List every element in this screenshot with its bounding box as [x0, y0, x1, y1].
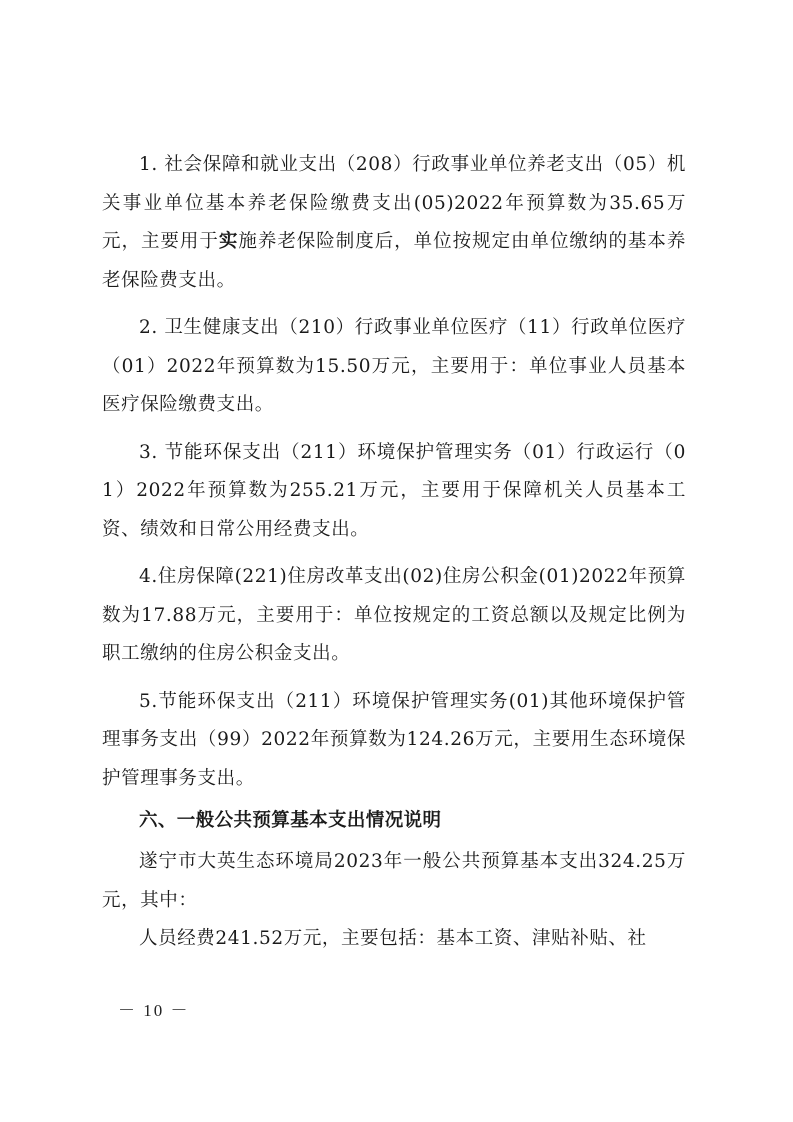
budget-item-4: 4.住房保障(221)住房改革支出(02)住房公积金(01)2022年预算数为1… [102, 558, 686, 674]
document-body: 1. 社会保障和就业支出（208）行政事业单位养老支出（05）机关事业单位基本养… [102, 146, 686, 959]
item-text: 住房保障(221)住房改革支出(02)住房公积金(01)2022年预算数为17.… [102, 566, 686, 664]
item-number: 4. [139, 566, 158, 587]
item-number: 2. [139, 317, 158, 338]
bold-character: 实 [219, 231, 238, 252]
page-number: － 10 － [118, 996, 190, 1021]
section-paragraph-total: 遂宁市大英生态环境局2023年一般公共预算基本支出324.25万元，其中： [102, 843, 686, 920]
document-page: 1. 社会保障和就业支出（208）行政事业单位养老支出（05）机关事业单位基本养… [0, 0, 793, 1122]
budget-item-1: 1. 社会保障和就业支出（208）行政事业单位养老支出（05）机关事业单位基本养… [102, 146, 686, 300]
item-text: 卫生健康支出（210）行政事业单位医疗（11）行政单位医疗（01）2022年预算… [102, 317, 686, 415]
budget-item-2: 2. 卫生健康支出（210）行政事业单位医疗（11）行政单位医疗（01）2022… [102, 309, 686, 425]
budget-item-5: 5.节能环保支出（211）环境保护管理实务(01)其他环境保护管理事务支出（99… [102, 683, 686, 799]
item-number: 5. [139, 691, 158, 712]
section-heading: 六、一般公共预算基本支出情况说明 [102, 802, 686, 840]
section-paragraph-personnel: 人员经费241.52万元，主要包括：基本工资、津贴补贴、社 [102, 920, 686, 959]
item-number: 1. [139, 154, 158, 175]
item-text: 节能环保支出（211）环境保护管理实务(01)其他环境保护管理事务支出（99）2… [102, 691, 686, 789]
budget-item-3: 3. 节能环保支出（211）环境保护管理实务（01）行政运行（01）2022年预… [102, 434, 686, 550]
item-text: 节能环保支出（211）环境保护管理实务（01）行政运行（01）2022年预算数为… [102, 442, 686, 540]
item-number: 3. [139, 442, 158, 463]
